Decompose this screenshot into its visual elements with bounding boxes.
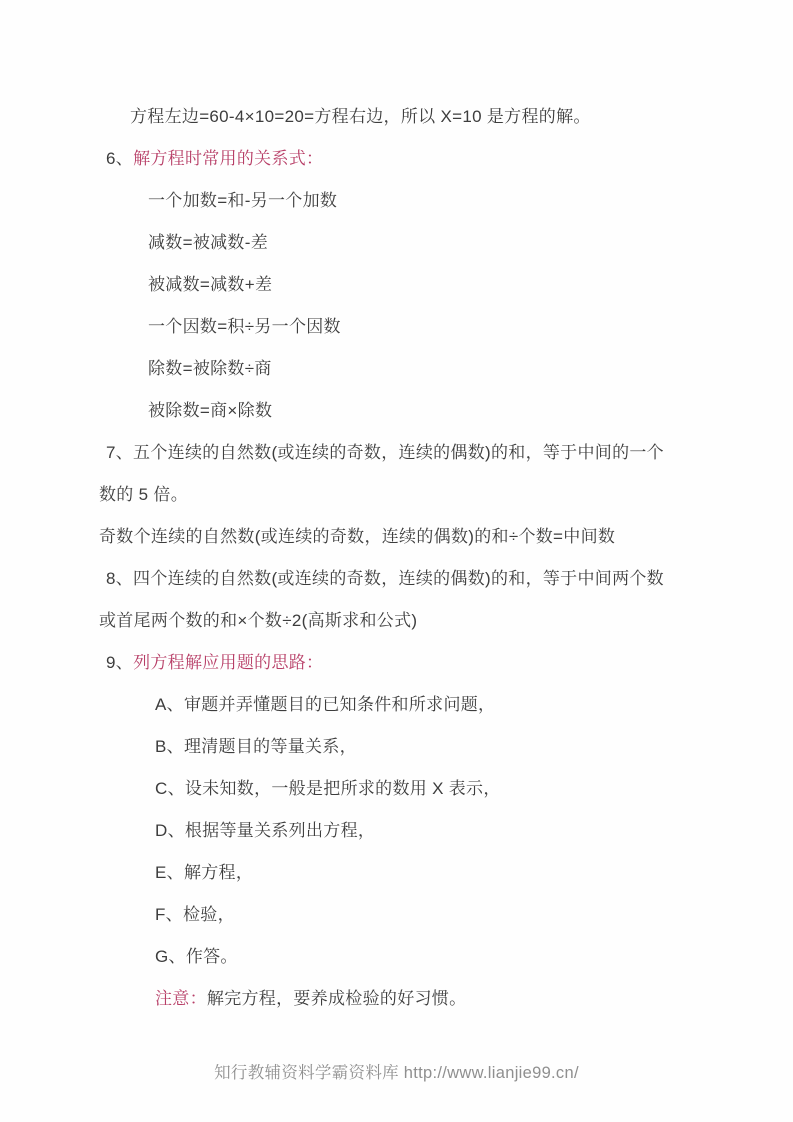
section-6-heading: 6、解方程时常用的关系式：: [99, 138, 693, 180]
formula-line-factor: 一个因数=积÷另一个因数: [99, 306, 693, 348]
section-6-title: 解方程时常用的关系式：: [133, 149, 323, 168]
formula-line-divisor: 除数=被除数÷商: [99, 348, 693, 390]
step-line-c: C、设未知数，一般是把所求的数用 X 表示，: [99, 768, 693, 810]
notice-line: 注意：解完方程，要养成检验的好习惯。: [99, 978, 693, 1020]
document-page: 方程左边=60-4×10=20=方程右边，所以 X=10 是方程的解。 6、解方…: [0, 0, 793, 1122]
step-line-a: A、审题并弄懂题目的已知条件和所求问题，: [99, 684, 693, 726]
formula-line-minuend: 被减数=减数+差: [99, 264, 693, 306]
step-line-d: D、根据等量关系列出方程，: [99, 810, 693, 852]
section-6-number: 6、: [106, 149, 133, 168]
step-line-g: G、作答。: [99, 936, 693, 978]
step-line-f: F、检验，: [99, 894, 693, 936]
notice-text: 解完方程，要养成检验的好习惯。: [207, 989, 467, 1008]
section-7-paragraph-line-1: 7、五个连续的自然数(或连续的奇数，连续的偶数)的和，等于中间的一个: [99, 432, 693, 474]
step-line-e: E、解方程，: [99, 852, 693, 894]
document-body: 方程左边=60-4×10=20=方程右边，所以 X=10 是方程的解。 6、解方…: [0, 0, 793, 1020]
section-7-odd-count-rule: 奇数个连续的自然数(或连续的奇数，连续的偶数)的和÷个数=中间数: [99, 516, 693, 558]
formula-line-addend: 一个加数=和-另一个加数: [99, 180, 693, 222]
intro-line: 方程左边=60-4×10=20=方程右边，所以 X=10 是方程的解。: [99, 96, 693, 138]
step-line-b: B、理清题目的等量关系，: [99, 726, 693, 768]
formula-line-subtrahend: 减数=被减数-差: [99, 222, 693, 264]
section-9-number: 9、: [106, 653, 133, 672]
section-9-title: 列方程解应用题的思路：: [133, 653, 323, 672]
footer-watermark: 知行教辅资料学霸资料库 http://www.lianjie99.cn/: [0, 1052, 793, 1094]
formula-line-dividend: 被除数=商×除数: [99, 390, 693, 432]
section-9-heading: 9、列方程解应用题的思路：: [99, 642, 693, 684]
section-8-paragraph-line-2: 或首尾两个数的和×个数÷2(高斯求和公式): [99, 600, 693, 642]
notice-label: 注意：: [155, 989, 207, 1008]
section-7-paragraph-line-2: 数的 5 倍。: [99, 474, 693, 516]
section-8-paragraph-line-1: 8、四个连续的自然数(或连续的奇数，连续的偶数)的和，等于中间两个数: [99, 558, 693, 600]
